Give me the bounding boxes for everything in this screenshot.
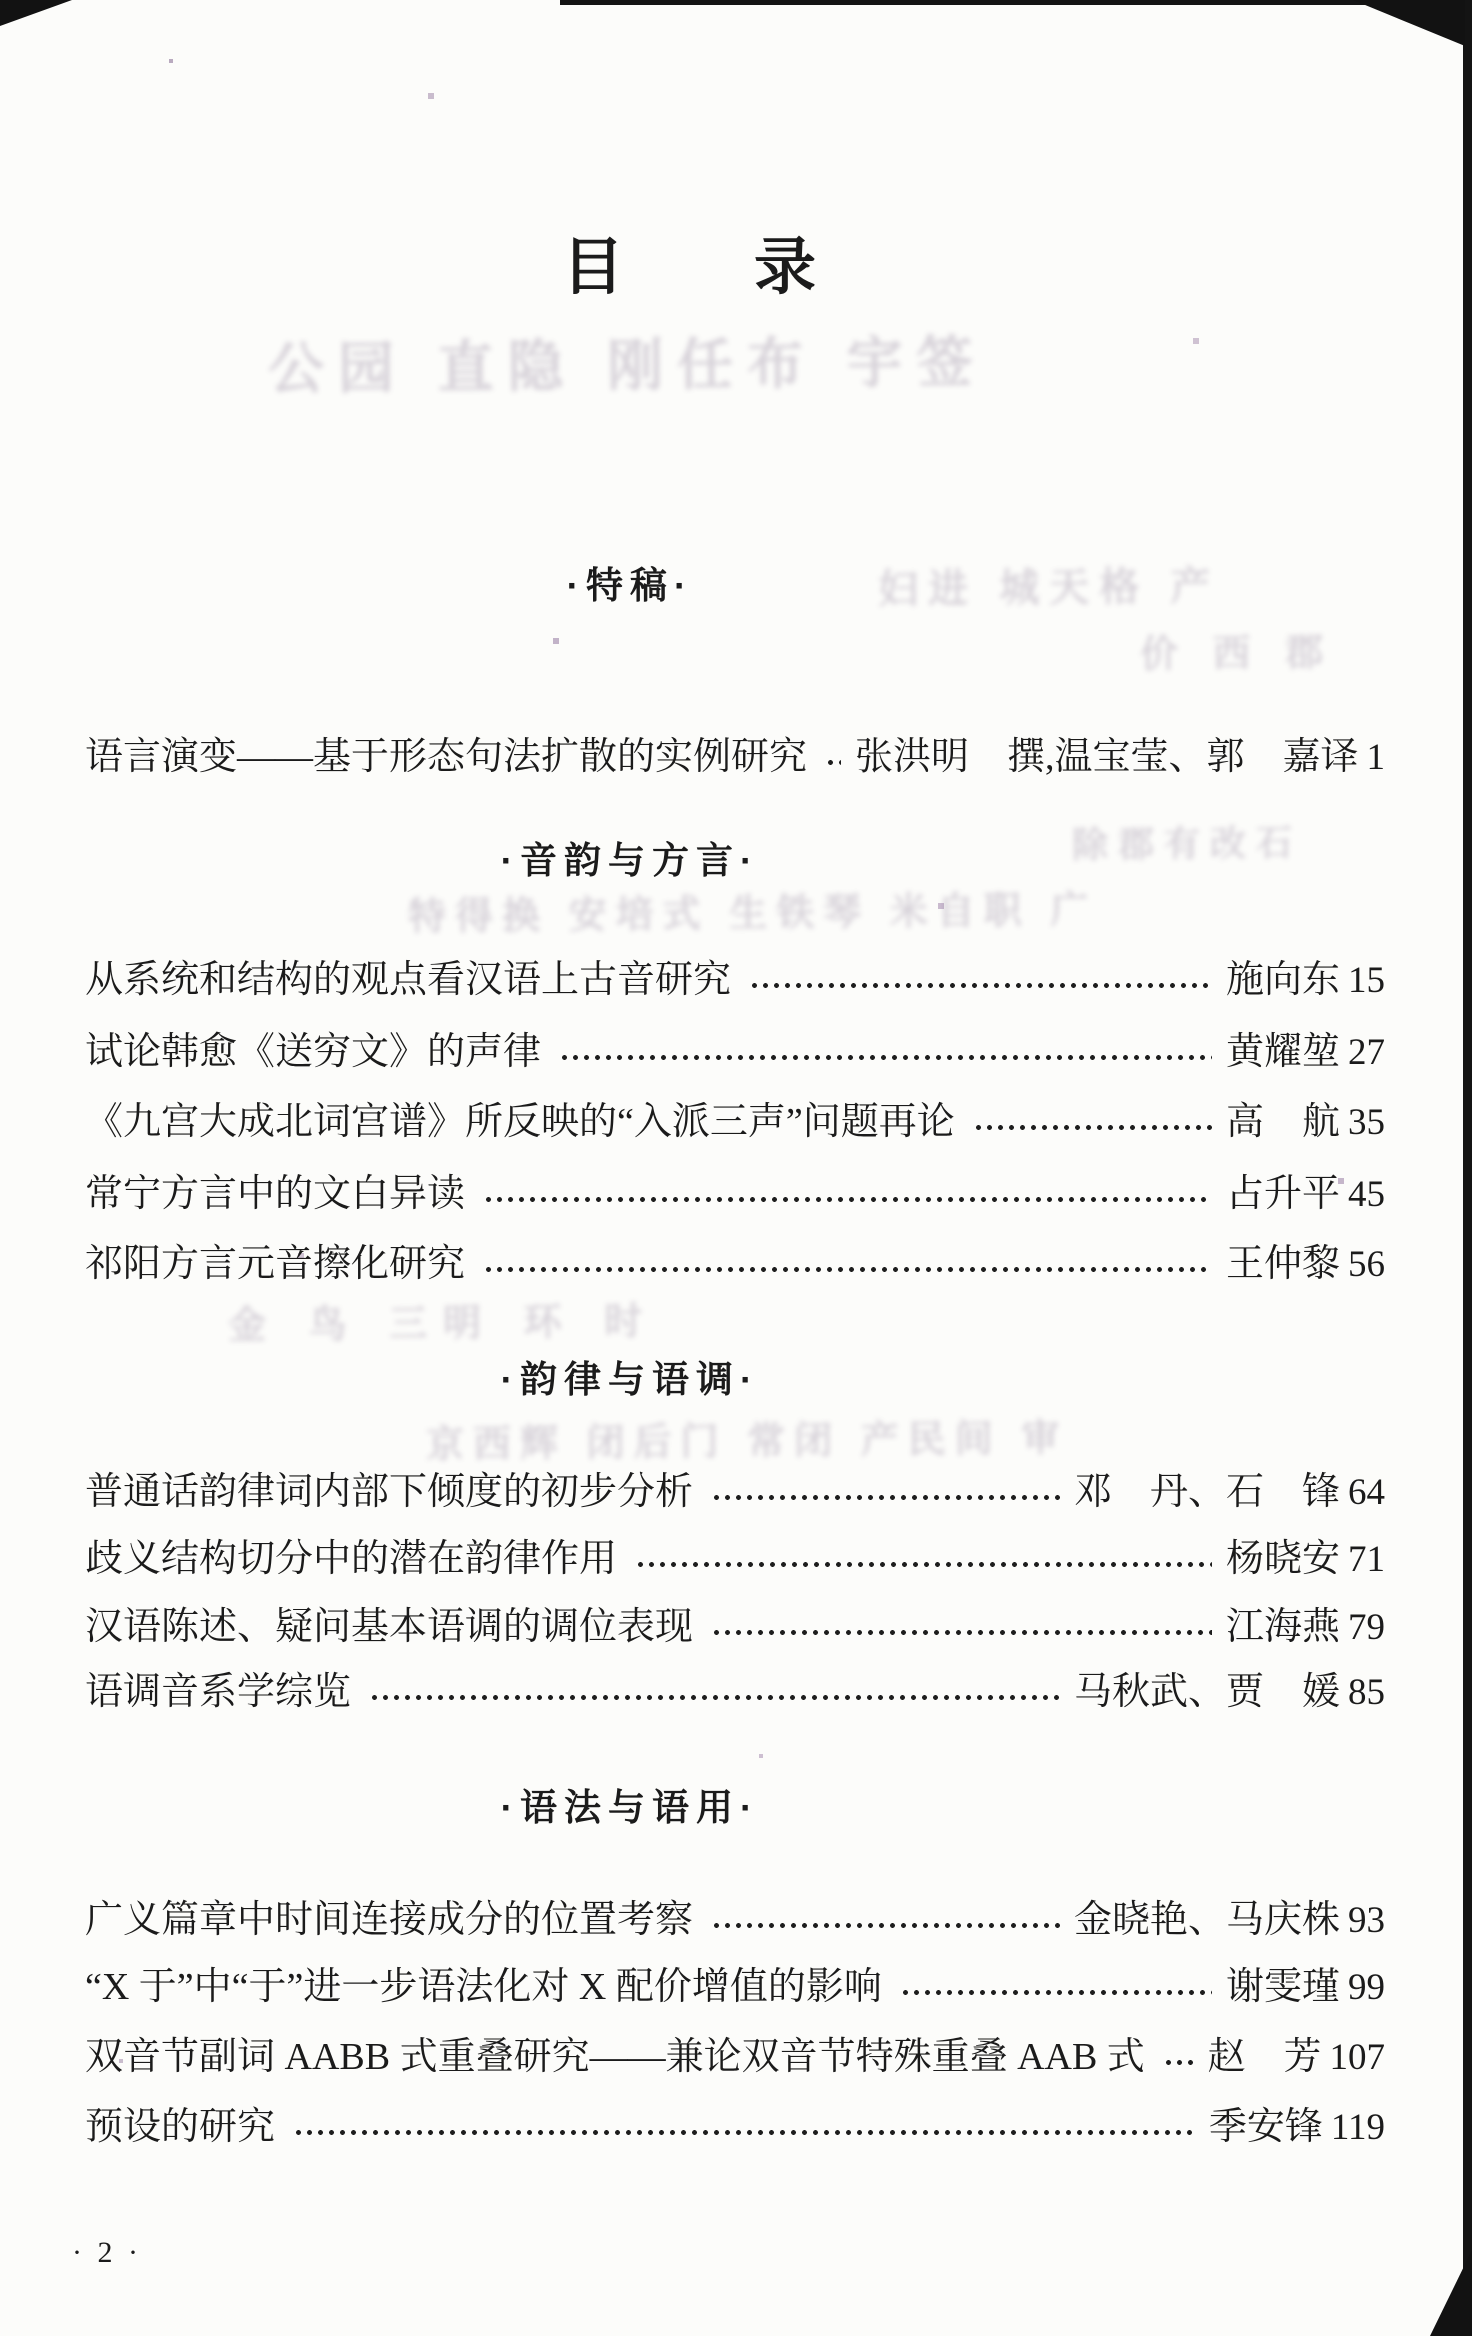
toc-entry-title: 语言演变——基于形态句法扩散的实例研究 (85, 736, 807, 780)
toc-entry-page: 56 (1348, 1244, 1385, 1287)
scan-speckles (0, 0, 2, 2)
toc-entry: 预设的研究 季安锋 119 (85, 2103, 1385, 2153)
dot-leader (483, 1265, 1212, 1274)
toc-entry-author: 杨晓安 (1226, 1538, 1340, 1582)
toc-entry-author: 占升平 (1226, 1173, 1340, 1217)
toc-entry-author: 高 航 (1226, 1101, 1340, 1145)
scan-edge-top (560, 0, 1472, 5)
dot-leader (635, 1560, 1212, 1569)
toc-entry: 常宁方言中的文白异读 占升平 45 (85, 1170, 1385, 1220)
toc-entry-page: 107 (1330, 2037, 1386, 2080)
toc-entry-title: 从系统和结构的观点看汉语上古音研究 (85, 959, 731, 1003)
toc-entry: “X 于”中“于”进一步语法化对 X 配价增值的影响 谢雯瑾 99 (85, 1963, 1385, 2013)
page-title: 目 录 (0, 234, 1380, 302)
toc-entry-author: 王仲黎 (1226, 1243, 1340, 1287)
toc-entry-author: 季安锋 (1209, 2106, 1323, 2150)
toc-entry-author: 谢雯瑾 (1226, 1966, 1340, 2010)
dot-leader (559, 1053, 1212, 1062)
toc-entry-title: 试论韩愈《送穷文》的声律 (85, 1031, 541, 1075)
toc-entry-page: 45 (1348, 1174, 1385, 1217)
scanned-toc-page: 公园 直隐 刚任布 宇签 妇进 城天格 产 价 西 郡 除郡有改石 特得换 安培… (0, 0, 1472, 2336)
toc-entry: 祁阳方言元音擦化研究 王仲黎 56 (85, 1240, 1385, 1290)
toc-entry: 语调音系学综览 马秋武、贾 媛 85 (85, 1668, 1385, 1718)
bleed-through-text: 金 鸟 三明 环 时 (228, 1290, 659, 1350)
footer-page-number: · 2 · (72, 2236, 142, 2270)
toc-entry: 广义篇章中时间连接成分的位置考察 金晓艳、马庆株 93 (85, 1896, 1385, 1946)
toc-entry: 汉语陈述、疑问基本语调的调位表现 江海燕 79 (85, 1603, 1385, 1653)
toc-entry-page: 71 (1348, 1539, 1385, 1582)
dot-leader (973, 1123, 1212, 1132)
toc-entry-title: 预设的研究 (85, 2106, 275, 2150)
bleed-through-text: 公园 直隐 刚任布 宇签 (268, 318, 987, 406)
toc-entry-page: 35 (1348, 1102, 1385, 1145)
toc-entry-page: 15 (1348, 960, 1385, 1003)
toc-entry-title: 语调音系学综览 (85, 1671, 351, 1715)
dot-leader (369, 1693, 1060, 1702)
toc-entry-page: 27 (1348, 1032, 1385, 1075)
scan-corner-top-left (0, 0, 72, 26)
toc-entry-title: 《九宫大成北词宫谱》所反映的“入派三声”问题再论 (85, 1101, 955, 1145)
toc-entry-page: 64 (1348, 1472, 1385, 1515)
dot-leader (483, 1195, 1212, 1204)
toc-entry: 语言演变——基于形态句法扩散的实例研究 张洪明 撰,温宝莹、郭 嘉译 1 (85, 733, 1385, 783)
dot-leader (825, 758, 841, 767)
toc-entry-title: 常宁方言中的文白异读 (85, 1173, 465, 1217)
toc-entry-title: 广义篇章中时间连接成分的位置考察 (85, 1899, 693, 1943)
bleed-through-text: 特得换 安培式 生铁琴 米自职 广 (408, 878, 1098, 940)
toc-entry-title: “X 于”中“于”进一步语法化对 X 配价增值的影响 (85, 1966, 882, 2010)
toc-entry-page: 99 (1348, 1967, 1385, 2010)
section-header-tegao: ·特稿· (0, 566, 1260, 607)
dot-leader (711, 1628, 1212, 1637)
toc-entry-title: 双音节副词 AABB 式重叠研究——兼论双音节特殊重叠 AAB 式 (85, 2036, 1145, 2080)
toc-entry: 试论韩愈《送穷文》的声律 黄耀堃 27 (85, 1028, 1385, 1078)
toc-entry: 双音节副词 AABB 式重叠研究——兼论双音节特殊重叠 AAB 式 赵 芳 10… (85, 2033, 1385, 2083)
toc-entry-title: 普通话韵律词内部下倾度的初步分析 (85, 1471, 693, 1515)
toc-entry-author: 施向东 (1226, 959, 1340, 1003)
toc-entry-author: 张洪明 撰,温宝莹、郭 嘉译 (855, 736, 1359, 780)
toc-entry-page: 79 (1348, 1607, 1385, 1650)
toc-entry: 《九宫大成北词宫谱》所反映的“入派三声”问题再论 高 航 35 (85, 1098, 1385, 1148)
dot-leader (900, 1988, 1212, 1997)
toc-entry: 普通话韵律词内部下倾度的初步分析 邓 丹、石 锋 64 (85, 1468, 1385, 1518)
dot-leader (1163, 2058, 1194, 2067)
dot-leader (711, 1493, 1060, 1502)
toc-entry-author: 马秋武、贾 媛 (1074, 1671, 1340, 1715)
scan-corner-top-right (1353, 0, 1465, 46)
toc-entry-author: 赵 芳 (1207, 2036, 1321, 2080)
section-header-yunlv: ·韵律与语调· (0, 1360, 1260, 1401)
section-header-yinyun: ·音韵与方言· (0, 841, 1260, 882)
toc-entry-author: 黄耀堃 (1226, 1031, 1340, 1075)
toc-entry: 从系统和结构的观点看汉语上古音研究 施向东 15 (85, 956, 1385, 1006)
dot-leader (711, 1921, 1060, 1930)
bleed-through-text: 价 西 郡 (1140, 621, 1336, 678)
toc-entry-title: 歧义结构切分中的潜在韵律作用 (85, 1538, 617, 1582)
dot-leader (749, 981, 1212, 990)
toc-entry: 歧义结构切分中的潜在韵律作用 杨晓安 71 (85, 1535, 1385, 1585)
toc-entry-page: 119 (1331, 2107, 1385, 2150)
toc-entry-page: 1 (1367, 737, 1386, 780)
scan-edge-right (1463, 0, 1472, 2336)
dot-leader (293, 2128, 1195, 2137)
toc-entry-author: 江海燕 (1226, 1606, 1340, 1650)
bleed-through-text: 京西辉 闭后门 常闭 产民间 审 (426, 1407, 1069, 1469)
toc-entry-author: 金晓艳、马庆株 (1074, 1899, 1340, 1943)
toc-entry-author: 邓 丹、石 锋 (1074, 1471, 1340, 1515)
toc-entry-page: 85 (1348, 1672, 1385, 1715)
section-header-yufa: ·语法与语用· (0, 1788, 1260, 1829)
toc-entry-title: 祁阳方言元音擦化研究 (85, 1243, 465, 1287)
toc-entry-page: 93 (1348, 1900, 1385, 1943)
toc-entry-title: 汉语陈述、疑问基本语调的调位表现 (85, 1606, 693, 1650)
